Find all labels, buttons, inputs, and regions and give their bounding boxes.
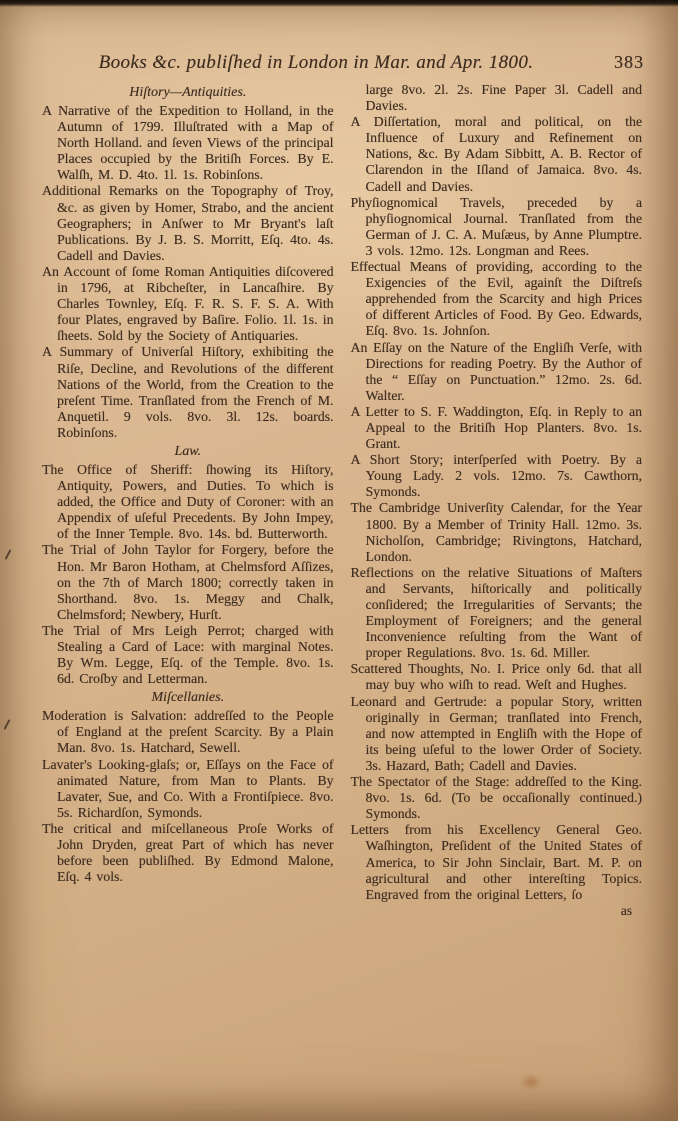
book-entry: The critical and miſcellaneous Proſe Wor…: [42, 821, 334, 885]
entry-continuation: large 8vo. 2l. 2s. Fine Paper 3l. Cadell…: [351, 82, 643, 114]
book-page: Books &c. publiſhed in London in Mar. an…: [0, 0, 678, 1121]
book-entry: Moderation is Salvation: addreſſed to th…: [42, 708, 334, 756]
book-entry: Reflections on the relative Situations o…: [351, 565, 643, 662]
book-entry: The Trial of Mrs Leigh Perrot; charged w…: [42, 623, 334, 687]
book-entry: Scattered Thoughts, No. I. Price only 6d…: [351, 661, 643, 693]
book-entry: Effectual Means of providing, according …: [351, 259, 643, 339]
book-entry: An Eſſay on the Nature of the Engliſh Ve…: [351, 340, 643, 404]
page-number: 383: [582, 52, 644, 73]
book-entry: A Short Story; interſperſed with Poetry.…: [351, 452, 643, 500]
paper-stain: [520, 1074, 542, 1090]
book-entry: Phyſiognomical Travels, preceded by a ph…: [351, 195, 643, 259]
book-entry: The Office of Sheriff: ſhowing its Hiſto…: [42, 462, 334, 542]
catchword: as: [351, 903, 643, 919]
page-top-edge: [0, 0, 678, 7]
book-entry: Letters from his Excellency General Geo.…: [351, 822, 643, 902]
page-header: Books &c. publiſhed in London in Mar. an…: [0, 0, 678, 74]
right-column: large 8vo. 2l. 2s. Fine Paper 3l. Cadell…: [351, 82, 643, 919]
book-entry: A Letter to S. F. Waddington, Eſq. in Re…: [351, 404, 643, 452]
book-entry: A Diſſertation, moral and political, on …: [351, 114, 643, 194]
book-entry: Lavater's Looking-glaſs; or, Eſſays on t…: [42, 757, 334, 821]
book-entry: The Spectator of the Stage: addreſſed to…: [351, 774, 643, 822]
running-title: Books &c. publiſhed in London in Mar. an…: [50, 52, 582, 74]
book-entry: The Trial of John Taylor for Forgery, be…: [42, 542, 334, 622]
book-entry: Leonard and Gertrude: a popular Story, w…: [351, 694, 643, 774]
text-columns: Hiſtory—Antiquities. A Narrative of the …: [0, 74, 678, 919]
book-entry: Additional Remarks on the Topography of …: [42, 183, 334, 263]
section-heading-miscellanies: Miſcellanies.: [42, 690, 334, 706]
left-column: Hiſtory—Antiquities. A Narrative of the …: [42, 82, 334, 919]
section-heading-law: Law.: [42, 444, 334, 460]
book-entry: A Summary of Univerſal Hiſtory, exhibiti…: [42, 344, 334, 441]
book-entry: An Account of ſome Roman Antiquities diſ…: [42, 264, 334, 344]
book-entry: The Cambridge Univerſity Calendar, for t…: [351, 500, 643, 564]
book-entry: A Narrative of the Expedition to Holland…: [42, 103, 334, 183]
section-heading-history-antiquities: Hiſtory—Antiquities.: [42, 85, 334, 101]
